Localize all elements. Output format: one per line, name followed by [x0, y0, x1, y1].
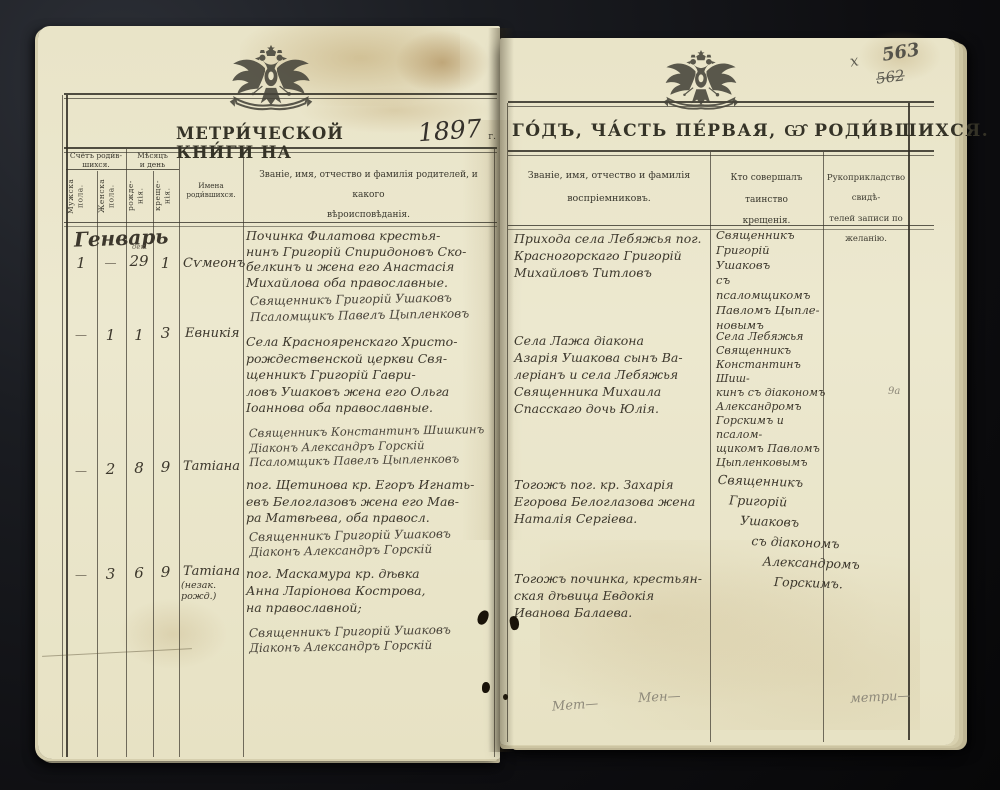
row3-male-count: —: [66, 464, 96, 478]
row2-name: Евникія: [185, 326, 243, 341]
table-line: [710, 152, 711, 742]
row4-parents: пог. Маскамура кр. дѣвка Анна Ларіонова …: [246, 565, 494, 616]
row4-godparents: Тогожъ починка, крестьян- ская дѣвица Ев…: [514, 570, 706, 621]
row4-officiant-signatures: Священникъ Григорій Ушаковъ Діаконъ Алек…: [249, 622, 497, 656]
row4-birth-day: 6: [125, 564, 153, 582]
row1-officiant-signatures: Священникъ Григорій Ушаковъ Псаломщикъ П…: [250, 290, 495, 325]
row2-godparents: Села Лажа діакона Азарія Ушакова сынъ Ва…: [514, 332, 706, 417]
row2-officiant: Села Лебяжья Священникъ Константинъ Шиш-…: [716, 330, 828, 470]
row1-officiant: Священникъ Григорій Ушаковъ съ псаломщик…: [716, 228, 824, 333]
page-number-crossed: 562: [875, 66, 906, 87]
imperial-eagle-icon: [660, 50, 742, 116]
table-line: [908, 103, 910, 740]
row3-parents: пог. Щетинова кр. Егоръ Игнать- евъ Бело…: [246, 477, 494, 527]
row1-birth-day: 29: [125, 252, 153, 270]
row1-godparents: Прихода села Лебяжья пог. Красногорскаго…: [514, 230, 706, 281]
row4-baptism-day: 9: [152, 563, 179, 581]
ink-blot: [503, 694, 508, 700]
header-count-group: Счётъ роди́в- шихся.: [66, 151, 126, 169]
header-baptism: креще- нія.: [153, 172, 179, 220]
table-line: [179, 149, 180, 757]
header-officiant: Кто совершалъ таинство крещенія.: [712, 168, 821, 233]
header-godparents: Званіе, имя, отчество и фамилія воспріем…: [510, 165, 708, 211]
row3-name: Татіана: [183, 459, 243, 474]
row1-name: Сѵмеонъ: [183, 256, 243, 271]
book-spread-photo: х 563 562 МЕТРИ́ЧЕСКОЙ КНИ́ГИ НА 1897 г.…: [0, 0, 1000, 790]
footer-pencil-mark: Мет—: [552, 696, 599, 714]
row2-parents: Села Краснояренскаго Христо- рождественс…: [246, 334, 494, 417]
table-line: [507, 103, 508, 742]
row2-birth-day: 1: [125, 326, 153, 344]
book-title-right: ГО́ДЪ, ЧА́СТЬ ПЕ́РВАЯ, Ѡ̑ РОДИ́ВШИХСЯ.: [512, 121, 989, 141]
table-line: [62, 95, 63, 757]
header-parents: Званіе, имя, отчество и фамилія родителе…: [245, 166, 492, 225]
row2-officiant-signatures: Священникъ Константинъ Шишкинъ Діаконъ А…: [249, 422, 498, 470]
year-handwritten: 1897: [417, 114, 482, 147]
header-male: Мужска пола.: [66, 172, 97, 220]
row2-baptism-day: 3: [152, 324, 179, 342]
table-line: [243, 149, 244, 757]
row4-name: Татіана: [183, 564, 243, 579]
witness-pencil-note: 9а: [888, 386, 900, 397]
row3-officiant-signatures: Священникъ Григорій Ушаковъ Діаконъ Алек…: [249, 526, 497, 560]
row1-female-count: —: [96, 256, 125, 270]
row2-male-count: —: [66, 328, 96, 342]
book-title-left-text: МЕТРИ́ЧЕСКОЙ КНИ́ГИ НА: [176, 124, 411, 162]
header-top-rule-right: [508, 150, 934, 156]
row3-birth-day: 8: [125, 459, 153, 477]
header-birth: рожде- нія.: [126, 172, 153, 220]
row4-name-note: (незак. рожд.): [181, 580, 243, 602]
row4-female-count: 3: [96, 565, 125, 583]
header-female: Женска пола.: [97, 172, 126, 220]
row2-female-count: 1: [96, 326, 125, 344]
row4-male-count: —: [66, 568, 96, 582]
row3-baptism-day: 9: [152, 458, 179, 476]
imperial-eagle-icon: [228, 44, 314, 118]
header-witnesses: Рукоприкладство свидѣ- телей записи по ж…: [825, 168, 907, 250]
row1-male-count: 1: [66, 254, 96, 272]
row1-baptism-day: 1: [152, 254, 179, 272]
month-label: Генварь: [74, 224, 169, 251]
row1-parents: Починка Филатова крестья- нинъ Григорій …: [246, 228, 494, 290]
row1-birth-note: дек.: [132, 243, 147, 251]
row3-female-count: 2: [96, 460, 125, 478]
book-title-left: МЕТРИ́ЧЕСКОЙ КНИ́ГИ НА 1897 г.: [176, 116, 496, 162]
footer-pencil-mark: метри—: [850, 688, 911, 706]
year-suffix: г.: [488, 132, 496, 142]
row3-officiant: Священникъ Григорій Ушаковъ съ діакономъ…: [714, 470, 838, 594]
header-names: Имена роди́вшихся.: [179, 181, 243, 199]
header-date-group: Мѣ́сяцъ и день: [126, 151, 179, 169]
row3-godparents: Тогожъ пог. кр. Захарія Егорова Белоглаз…: [514, 476, 706, 527]
footer-pencil-mark: Мен—: [638, 689, 681, 706]
